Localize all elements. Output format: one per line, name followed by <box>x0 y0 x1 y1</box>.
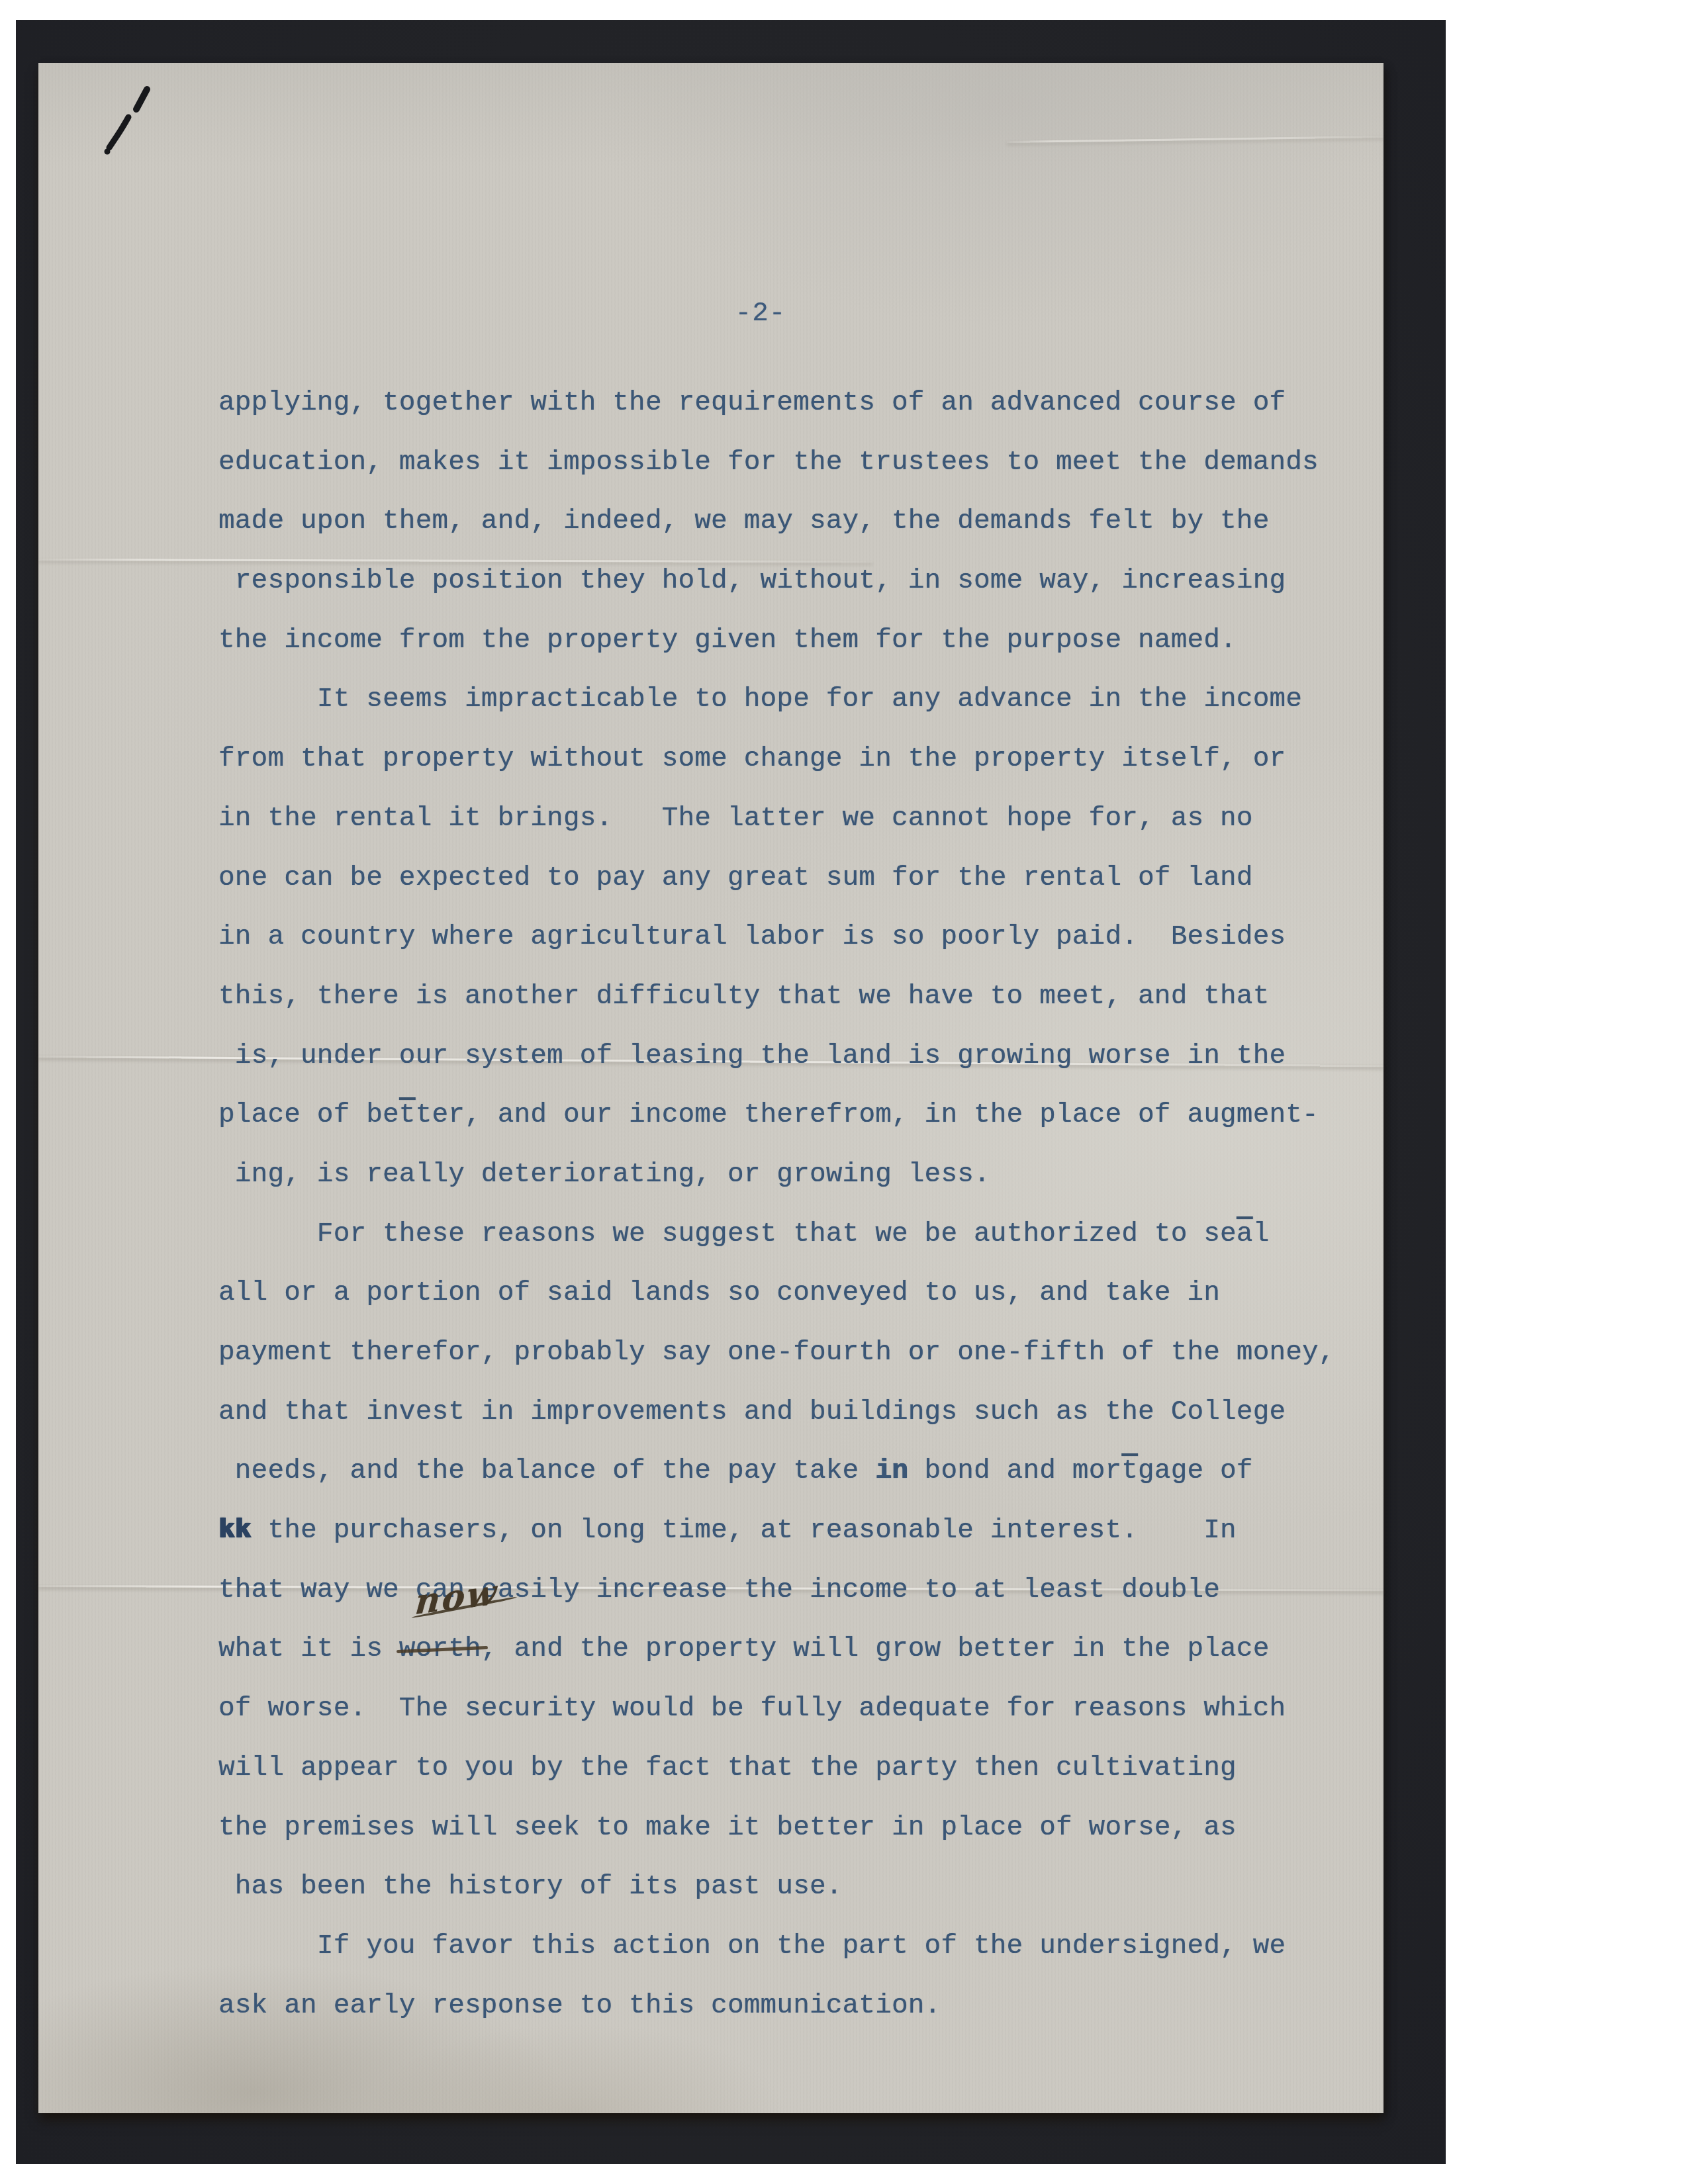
text-line: responsible position they hold, without,… <box>218 552 1383 612</box>
text-segment: is, under our system of leasing the land… <box>218 1041 1286 1071</box>
text-segment: ing, is really deteriorating, or growing… <box>218 1160 990 1190</box>
text-segment: , and the property will grow better in t… <box>481 1634 1270 1664</box>
crease-line <box>1007 136 1383 143</box>
text-segment: If you favor this action on the part of … <box>218 1931 1286 1962</box>
text-segment: of worse. The security would be fully ad… <box>218 1694 1286 1724</box>
text-line: payment therefor, probably say one-fourt… <box>218 1324 1383 1383</box>
text-segment-overtype: a <box>1237 1219 1253 1250</box>
page-number: -2- <box>218 298 1303 329</box>
text-line: one can be expected to pay any great sum… <box>218 849 1383 909</box>
text-segment: For these reasons we suggest that we be … <box>218 1219 1237 1250</box>
text-line: will appear to you by the fact that the … <box>218 1739 1383 1799</box>
text-line: and that invest in improvements and buil… <box>218 1383 1383 1443</box>
text-segment-overstrike: kk <box>218 1516 252 1546</box>
text-line: the income from the property given them … <box>218 612 1383 671</box>
handwritten-now-annotation: now <box>414 1575 500 1620</box>
text-segment: bond and mor <box>908 1456 1121 1486</box>
text-segment: the premises will seek to make it better… <box>218 1813 1237 1843</box>
text-segment: ask an early response to this communicat… <box>218 1991 941 2021</box>
text-segment: from that property without some change i… <box>218 744 1286 774</box>
text-segment: place of be <box>218 1100 399 1130</box>
text-segment: l <box>1253 1219 1270 1250</box>
text-line: ing, is really deteriorating, or growing… <box>218 1146 1383 1205</box>
text-line: If you favor this action on the part of … <box>218 1917 1383 1977</box>
text-segment-struck: worthnow <box>399 1620 481 1680</box>
text-line: of worse. The security would be fully ad… <box>218 1680 1383 1739</box>
text-segment: made upon them, and, indeed, we may say,… <box>218 506 1269 537</box>
text-line: all or a portion of said lands so convey… <box>218 1264 1383 1324</box>
text-line: in a country where agricultural labor is… <box>218 908 1383 968</box>
text-segment: what it is <box>218 1634 399 1664</box>
text-segment: and that invest in improvements and buil… <box>218 1397 1286 1428</box>
text-segment-bold: in <box>875 1456 908 1486</box>
text-line: is, under our system of leasing the land… <box>218 1027 1383 1087</box>
scanned-letter-screenshot: { "page": { "number_label": "-2-" }, "co… <box>0 0 1688 2184</box>
text-segment: ter, and our income therefrom, in the pl… <box>416 1100 1319 1130</box>
text-line: made upon them, and, indeed, we may say,… <box>218 492 1383 552</box>
text-line: what it is worthnow, and the property wi… <box>218 1620 1383 1680</box>
text-line: ask an early response to this communicat… <box>218 1977 1383 2036</box>
text-segment-overtype: t <box>399 1100 416 1130</box>
text-line: has been the history of its past use. <box>218 1858 1383 1917</box>
text-segment: that way we can easily increase the inco… <box>218 1575 1220 1606</box>
text-segment: responsible position they hold, without,… <box>218 566 1286 596</box>
typewritten-text-block: applying, together with the requirements… <box>218 374 1383 2036</box>
text-segment: all or a portion of said lands so convey… <box>218 1278 1220 1308</box>
text-segment: the purchasers, on long time, at reasona… <box>252 1516 1237 1546</box>
text-segment: this, there is another difficulty that w… <box>218 981 1269 1012</box>
text-line: in the rental it brings. The latter we c… <box>218 790 1383 849</box>
text-line: For these reasons we suggest that we be … <box>218 1205 1383 1265</box>
text-segment: one can be expected to pay any great sum… <box>218 863 1253 893</box>
scanned-document-image: -2- applying, together with the requirem… <box>0 0 1688 2184</box>
text-segment: applying, together with the requirements… <box>218 388 1286 418</box>
text-line: It seems impracticable to hope for any a… <box>218 670 1383 730</box>
text-line: from that property without some change i… <box>218 730 1383 790</box>
text-segment: education, makes it impossible for the t… <box>218 447 1319 478</box>
paper-tear-mark <box>91 81 177 167</box>
text-segment: has been the history of its past use. <box>218 1872 843 1902</box>
text-segment-overtype: t <box>1121 1456 1138 1486</box>
text-line: the premises will seek to make it better… <box>218 1799 1383 1858</box>
text-line: needs, and the balance of the pay take i… <box>218 1442 1383 1502</box>
text-line: that way we can easily increase the inco… <box>218 1561 1383 1621</box>
text-segment: in the rental it brings. The latter we c… <box>218 803 1253 834</box>
text-segment: needs, and the balance of the pay take <box>218 1456 875 1486</box>
text-line: education, makes it impossible for the t… <box>218 433 1383 493</box>
text-segment: It seems impracticable to hope for any a… <box>218 684 1302 715</box>
text-line: place of better, and our income therefro… <box>218 1086 1383 1146</box>
text-line: this, there is another difficulty that w… <box>218 968 1383 1027</box>
text-segment: gage of <box>1138 1456 1253 1486</box>
text-segment: payment therefor, probably say one-fourt… <box>218 1338 1335 1368</box>
text-segment: will appear to you by the fact that the … <box>218 1753 1237 1784</box>
text-line: kk the purchasers, on long time, at reas… <box>218 1502 1383 1561</box>
letter-page: -2- applying, together with the requirem… <box>38 63 1383 2113</box>
text-line: applying, together with the requirements… <box>218 374 1383 433</box>
text-segment: the income from the property given them … <box>218 625 1237 656</box>
text-segment: in a country where agricultural labor is… <box>218 922 1286 952</box>
